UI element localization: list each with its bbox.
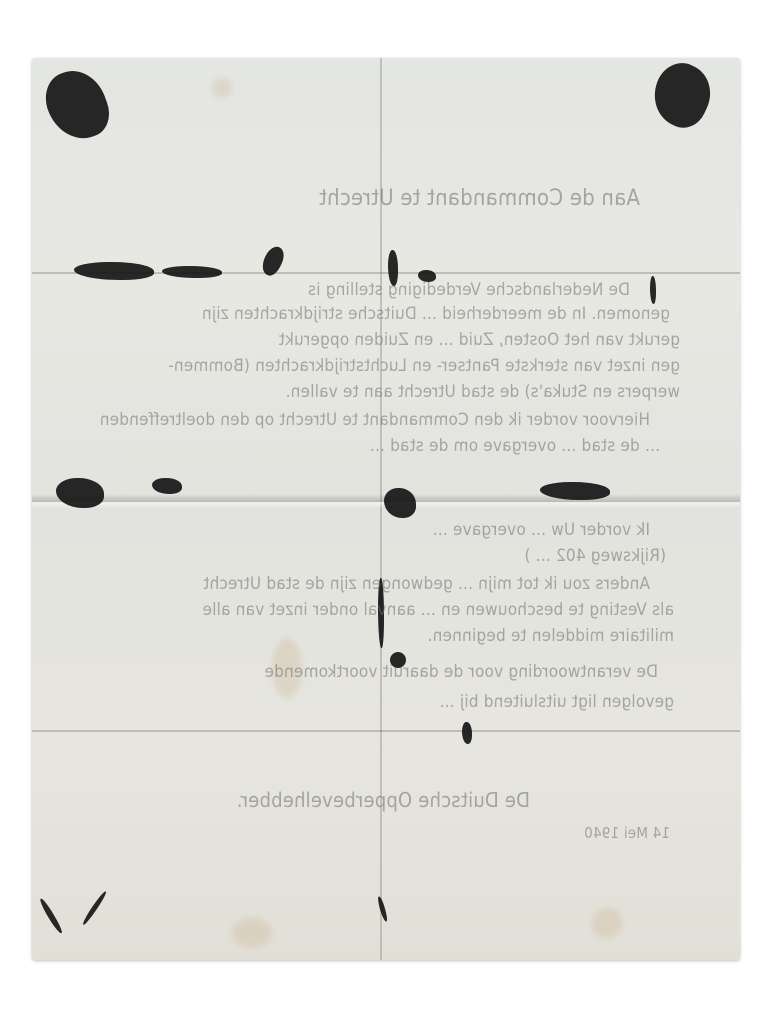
body-line: De verantwoording voor de daaruit voortk… (264, 662, 658, 682)
body-line: De Nederlandsche Verdediging stelling is (308, 280, 630, 300)
body-line: gerukt van het Oosten, Zuid ... en Zuide… (279, 330, 680, 350)
body-line: ... de stad ... overgave om de stad ... (370, 436, 660, 456)
body-line: militaire middelen te beginnen. (427, 626, 674, 646)
body-line: Ik vorder Uw ... overgave ... (433, 520, 650, 540)
body-line: werpers en Stuka's) de stad Utrecht aan … (285, 382, 680, 402)
body-line: Anders zou ik tot mijn ... gedwongen zij… (203, 574, 650, 594)
body-line: Hiervoor vorder ik den Commandant te Utr… (100, 410, 650, 430)
body-line: als Vesting te beschouwen en ... aanval … (202, 600, 674, 620)
bleed-through-text: Aan de Commandant te Utrecht De Nederlan… (32, 58, 740, 960)
date: 14 Mei 1940 (584, 824, 670, 842)
signature: De Duitsche Opperbevelhebber. (236, 788, 530, 812)
body-line: gevolgen ligt uitsluitend bij ... (439, 692, 674, 712)
body-line: genomen. In de meerderheid ... Duitsche … (202, 304, 670, 324)
addressee-heading: Aan de Commandant te Utrecht (319, 186, 640, 211)
document-sheet: Aan de Commandant te Utrecht De Nederlan… (32, 58, 740, 960)
body-line: gen inzet van sterkste Pantser- en Lucht… (168, 356, 680, 376)
body-line: (Rijksweg 402 ... ) (524, 546, 666, 566)
